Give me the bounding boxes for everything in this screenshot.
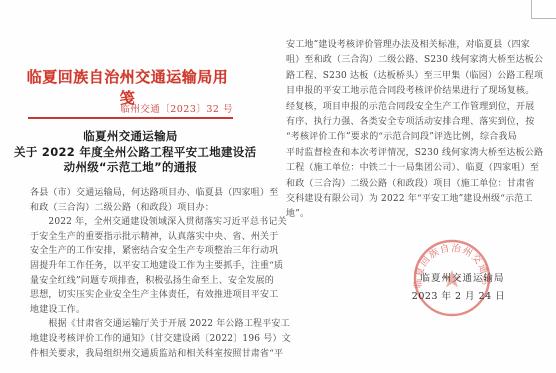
text-line: 咀）至和政（三合沟）二级公路、S230 线何家湾大桥至达板公 xyxy=(286,53,524,68)
body-text-left-page: 各县（市）交通运输局，何达路项目办、临夏县（四家咀）至和政（三合沟）二级公路（和… xyxy=(30,186,260,361)
document-number: 临州交通〔2023〕32 号 xyxy=(28,101,233,115)
text-line: 地建设工作。 xyxy=(30,303,260,318)
text-line: 件相关要求，我局组织州交通质监站和相关科室按照甘肃省“平 xyxy=(30,347,260,362)
text-line: 交科建设有限公司）为 2022 年“平安工地”建设州级“示范工 xyxy=(286,192,524,207)
scanned-document-page: 临夏回族自治州交通运输局用笺 临州交通〔2023〕32 号 临夏州交通运输局关于… xyxy=(0,0,556,373)
text-line: 2022 年，全州交通建设领域深入贯彻落实习近平总书记关 xyxy=(30,215,260,230)
text-line: 思想，切实压实企业安全生产主体责任，有效推进项目平安工 xyxy=(30,288,260,303)
text-line: 量安全红线”问题专项排查，积极弘扬生命至上、安全发展的 xyxy=(30,274,260,289)
text-line: 固提升年工作任务，以平安工地建设工作为主要抓手，注重“质 xyxy=(30,259,260,274)
issuer-signature: 临夏州交通运输局 xyxy=(400,270,525,284)
scan-corner-artifact xyxy=(531,0,556,19)
text-line: 关于 2022 年度全州公路工程平安工地建设活 xyxy=(14,145,247,161)
text-line: 安全生产的工作安排，紧密结合安全生产专项整治三年行动巩 xyxy=(30,244,260,259)
text-line: 根据《甘肃省交通运输厅关于开展 2022 年公路工程平安工 xyxy=(30,317,260,332)
text-line: 临夏州交通运输局 xyxy=(14,129,247,145)
red-divider-rule xyxy=(28,117,233,119)
text-line: 目申报的平安工地示范合同段考核评价结果进行了现场复核。 xyxy=(286,84,524,99)
text-line: 各县（市）交通运输局，何达路项目办、临夏县（四家咀）至 xyxy=(30,186,260,201)
issue-date: 2023 年 2 月 24 日 xyxy=(396,288,521,302)
text-line: 和政（三合沟）二级公路（和政段）项目办： xyxy=(30,201,260,216)
text-line: 和政（三合沟）二级公路（和政段）项目（施工单位：甘肃省 xyxy=(286,177,524,192)
body-text-right-page: 安工地”建设考核评价管理办法及相关标准，对临夏县（四家咀）至和政（三合沟）二级公… xyxy=(286,38,524,223)
text-line: 地”。 xyxy=(286,207,524,222)
text-line: 地建设考核评价工作的通知》（甘交建设函〔2022〕196 号）文 xyxy=(30,332,260,347)
text-line: 经复核，项目申报的示范合同段安全生产工作管理到位，开展 xyxy=(286,100,524,115)
text-line: 路工程、S230 达板（达板桥头）至三甲集（临园）公路工程项 xyxy=(286,69,524,84)
text-line: 动州级“示范工地”的通报 xyxy=(14,160,247,176)
text-line: 安工地”建设考核评价管理办法及相关标准，对临夏县（四家 xyxy=(286,38,524,53)
document-title: 临夏州交通运输局关于 2022 年度全州公路工程平安工地建设活动州级“示范工地”… xyxy=(14,129,247,176)
text-line: 平时监督检查和本次考评情况，S230 线何家湾大桥至达板公路 xyxy=(286,146,524,161)
text-line: 于安全生产的重要指示批示精神，认真落实中央、省、州关于 xyxy=(30,230,260,245)
text-line: “考核评价工作”要求的“示范合同段”评选比例，综合我局 xyxy=(286,130,524,145)
text-line: 有序、执行力强、各类安全专项活动安排合理、落实到位，按 xyxy=(286,115,524,130)
text-line: 工程（施工单位：中铁二十一局集团公司）、临夏（四家咀）至 xyxy=(286,161,524,176)
